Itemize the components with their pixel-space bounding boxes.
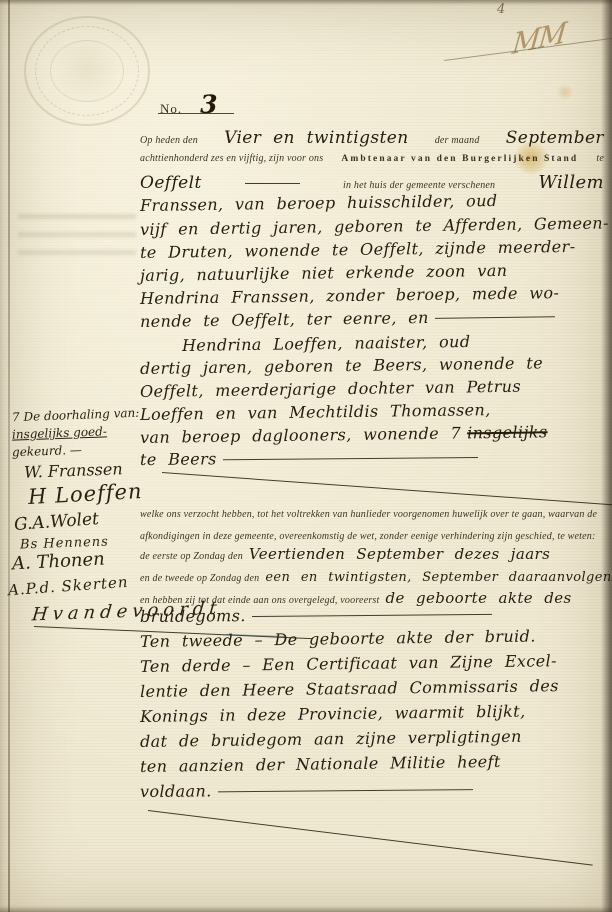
handwritten-text: Vier en twintigsten [224, 128, 409, 148]
text-line: Konings in deze Provincie, waarmit blijk… [140, 702, 532, 726]
text-line: te Beers [140, 447, 484, 469]
owner-monogram: MM [511, 16, 567, 62]
margin-approval-note: 7 De doorhaling van: [12, 406, 140, 424]
handwritten-text: dat de bruidegom aan zijne verpligtingen [140, 727, 522, 751]
text-line: dertig jaren, geboren te Beers, wonende … [140, 353, 549, 378]
handwritten-text: insgelijks [467, 422, 548, 442]
text-line: voldaan. [140, 779, 479, 801]
text-line: Hendrina Loeffen, naaister, oud [182, 332, 477, 355]
ink-rule [252, 614, 492, 617]
handwritten-text: ten aanzien der Nationale Militie heeft [140, 752, 501, 776]
handwritten-text: nende te Oeffelt, ter eenre, en [140, 308, 429, 331]
printed-text: in het huis der gemeente verschenen [343, 180, 495, 191]
margin-signature: A. Thonen [12, 549, 106, 575]
handwritten-text: Willem [538, 172, 604, 193]
text-line: Hendrina Franssen, zonder beroep, mede w… [140, 283, 566, 308]
text-line: jarig, natuurlijke niet erkende zoon van [140, 261, 514, 285]
handwritten-text: September [506, 128, 604, 148]
margin-approval-note: insgelijks goed- [12, 424, 107, 441]
text-line: Ten derde – Een Certificaat van Zijne Ex… [140, 651, 563, 676]
text-line: achttienhonderd zes en vijftig, zijn voo… [140, 153, 610, 164]
text-line: nende te Oeffelt, ter eenre, en [140, 306, 561, 331]
handwritten-text: van beroep daglooners, wonende 7 [140, 424, 461, 447]
text-line: lentie den Heere Staatsraad Commissaris … [140, 676, 565, 701]
text-line: dat de bruidegom aan zijne verpligtingen [140, 727, 528, 751]
text-line: afkondigingen in deze gemeente, overeenk… [140, 524, 602, 543]
corner-page-number: 4 [497, 2, 505, 17]
ink-rule [218, 789, 473, 792]
ink-rule [435, 316, 555, 319]
handwritten-text: voldaan. [140, 781, 212, 801]
text-line: Ten tweede – De geboorte akte der bruid. [140, 626, 542, 651]
flourish-line [148, 810, 593, 866]
act-number-underline [158, 113, 234, 114]
printed-text: afkondigingen in deze gemeente, overeenk… [140, 531, 596, 542]
text-line: de eerste op Zondag denVeertienden Septe… [140, 544, 556, 563]
printed-text: der maand [435, 135, 480, 146]
text-line: ten aanzien der Nationale Militie heeft [140, 752, 507, 776]
handwritten-text: te Beers [140, 449, 217, 469]
margin-approval-note: gekeurd. — [12, 443, 82, 459]
handwritten-text: Konings in deze Provincie, waarmit blijk… [140, 702, 526, 726]
handwritten-text: een en twintigsten, September daaraanvol… [265, 570, 612, 585]
margin-signature: W. Franssen [24, 459, 123, 481]
handwritten-text: Franssen, van beroep huisschilder, oud [140, 191, 498, 215]
handwritten-text: Veertienden September dezes jaars [249, 545, 550, 563]
handwritten-text: Hendrina Loeffen, naaister, oud [182, 332, 471, 355]
handwritten-text: vijf en dertig jaren, geboren te Afferde… [140, 213, 609, 239]
printed-text: en de tweede op Zondag den [140, 573, 259, 584]
text-line: Oeffeltin het huis der gemeente verschen… [140, 172, 610, 193]
handwritten-text: Loeffen en van Mechtildis Thomassen, [140, 400, 491, 424]
handwritten-text: dertig jaren, geboren te Beers, wonende … [140, 353, 543, 378]
handwritten-text: Ten derde – Een Certificaat van Zijne Ex… [140, 651, 557, 676]
handwritten-text: lentie den Heere Staatsraad Commissaris … [140, 676, 559, 701]
text-line: welke ons verzocht hebben, tot het voltr… [140, 502, 603, 521]
text-line: van beroep daglooners, wonende 7insgelij… [140, 422, 554, 447]
text-line: vijf en dertig jaren, geboren te Afferde… [140, 213, 612, 239]
printed-text: de eerste op Zondag den [140, 551, 243, 562]
flourish-line [162, 472, 612, 505]
handwritten-text: Oeffelt, meerderjarige dochter van Petru… [140, 377, 521, 401]
ink-rule [223, 457, 478, 460]
text-line: Op heden denVier en twintigstender maand… [140, 128, 610, 148]
handwritten-text: te Druten, wonende te Oeffelt, zijnde me… [140, 237, 576, 262]
text-line: te Druten, wonende te Oeffelt, zijnde me… [140, 237, 582, 262]
text-line: Oeffelt, meerderjarige dochter van Petru… [140, 377, 527, 401]
ink-stain [556, 84, 574, 100]
ink-rule [245, 183, 300, 184]
handwritten-text: jarig, natuurlijke niet erkende zoon van [140, 261, 508, 285]
document-page: 4 MM No.3 Op heden denVier en twintigste… [0, 0, 612, 912]
handwritten-text: Hendrina Franssen, zonder beroep, mede w… [140, 283, 560, 308]
printed-text: welke ons verzocht hebben, tot het voltr… [140, 509, 597, 520]
margin-signature: A.P.d. Skerten [8, 573, 130, 599]
text-line: Franssen, van beroep huisschilder, oud [140, 191, 504, 215]
printed-text: te [596, 153, 604, 164]
margin-signature: H Loeffen [27, 479, 143, 509]
margin-notes: 7 De doorhaling van:insgelijks goed-geke… [0, 0, 150, 912]
text-line: en de tweede op Zondag deneen en twintig… [140, 566, 612, 585]
printed-text: achttienhonderd zes en vijftig, zijn voo… [140, 153, 323, 164]
handwritten-text: Ten tweede – De geboorte akte der bruid. [140, 626, 536, 651]
act-number-value: 3 [200, 90, 217, 119]
text-line: Loeffen en van Mechtildis Thomassen, [140, 400, 497, 424]
margin-signature: G.A.Wolet [13, 509, 99, 535]
printed-text: Ambtenaar van den Burgerlijken Stand [341, 154, 578, 164]
act-number: No.3 [160, 90, 218, 119]
